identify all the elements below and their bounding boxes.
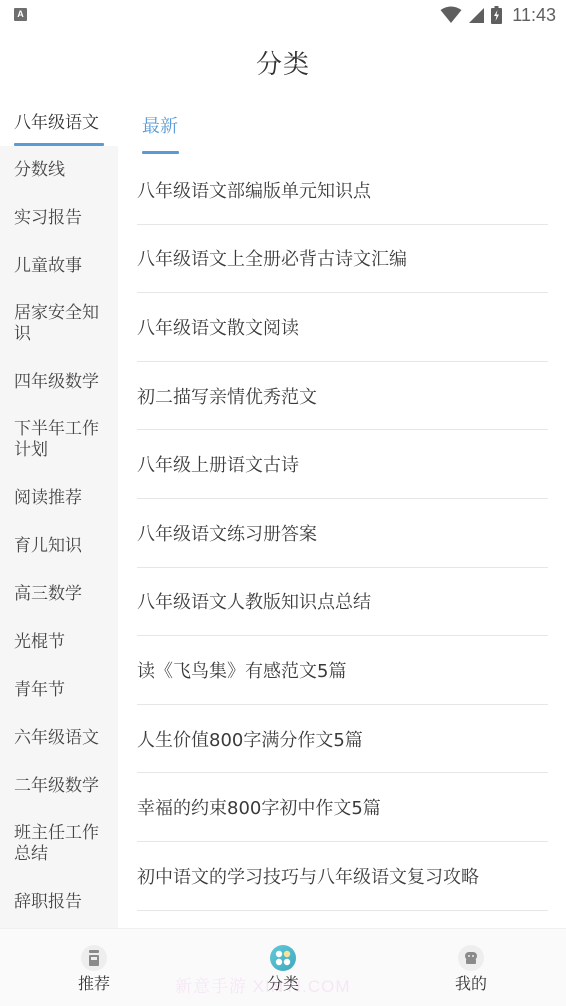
battery-charging-icon xyxy=(491,6,502,24)
sidebar-item-grade4-math[interactable]: 四年级数学 xyxy=(0,358,118,406)
sidebar-item-children-stories[interactable]: 儿童故事 xyxy=(0,242,118,290)
notification-a-icon: A xyxy=(14,8,27,21)
article-list[interactable]: 八年级语文部编版单元知识点 八年级语文上全册必背古诗文汇编 八年级语文散文阅读 … xyxy=(137,156,548,911)
sidebar-item-label: 实习报告 xyxy=(14,208,82,229)
article-item[interactable]: 八年级语文练习册答案 xyxy=(137,499,548,568)
sidebar-item-singles-day[interactable]: 光棍节 xyxy=(0,618,118,666)
page-title: 分类 xyxy=(0,30,566,100)
signal-icon xyxy=(468,7,485,24)
article-item[interactable]: 八年级语文部编版单元知识点 xyxy=(137,156,548,225)
sidebar-item-label: 阅读推荐 xyxy=(14,488,82,509)
sidebar-item-label: 高三数学 xyxy=(14,584,82,605)
sidebar-item-label: 二年级数学 xyxy=(14,776,99,797)
nav-category[interactable]: 分类 xyxy=(243,945,323,995)
sidebar-item-home-safety[interactable]: 居家安全知识 xyxy=(0,290,118,358)
sidebar-item-grade6-chinese[interactable]: 六年级语文 xyxy=(0,714,118,762)
article-item[interactable]: 初二描写亲情优秀范文 xyxy=(137,362,548,431)
sidebar-item-label: 青年节 xyxy=(14,680,65,701)
tab-bar: 最新 xyxy=(118,100,566,156)
nav-label: 我的 xyxy=(431,973,511,995)
nav-label: 推荐 xyxy=(54,973,134,995)
sidebar-item-label: 八年级语文 xyxy=(14,113,99,134)
sidebar-item-label: 班主任工作总结 xyxy=(14,823,104,865)
article-item[interactable]: 人生价值800字满分作文5篇 xyxy=(137,705,548,774)
article-item[interactable]: 八年级语文散文阅读 xyxy=(137,293,548,362)
sidebar-item-grade8-chinese[interactable]: 八年级语文 xyxy=(0,100,118,146)
sidebar-item-senior3-math[interactable]: 高三数学 xyxy=(0,570,118,618)
status-icons: 11:43 xyxy=(440,3,556,27)
article-item[interactable]: 初中语文的学习技巧与八年级语文复习攻略 xyxy=(137,842,548,911)
sidebar-item-label: 六年级语文 xyxy=(14,728,99,749)
article-item[interactable]: 八年级语文人教版知识点总结 xyxy=(137,568,548,637)
sidebar-item-label: 分数线 xyxy=(14,160,65,181)
grid-icon xyxy=(270,945,296,971)
page-header: 分类 xyxy=(0,30,566,100)
nav-label: 分类 xyxy=(243,973,323,995)
sidebar-item-score-line[interactable]: 分数线 xyxy=(0,146,118,194)
tab-latest[interactable]: 最新 xyxy=(142,112,178,138)
sidebar-item-parenting[interactable]: 育儿知识 xyxy=(0,522,118,570)
sidebar-item-label: 儿童故事 xyxy=(14,256,82,277)
sidebar-item-label: 育儿知识 xyxy=(14,536,82,557)
wifi-icon xyxy=(440,6,462,24)
sidebar-item-internship-report[interactable]: 实习报告 xyxy=(0,194,118,242)
sidebar-item-label: 光棍节 xyxy=(14,632,65,653)
sidebar-item-youth-day[interactable]: 青年节 xyxy=(0,666,118,714)
robot-icon xyxy=(458,945,484,971)
status-time: 11:43 xyxy=(512,5,556,26)
sidebar-item-head-teacher-summary[interactable]: 班主任工作总结 xyxy=(0,810,118,878)
sidebar-item-grade2-math[interactable]: 二年级数学 xyxy=(0,762,118,810)
sidebar-item-h2-work-plan[interactable]: 下半年工作计划 xyxy=(0,406,118,474)
status-bar: A 11:43 xyxy=(0,0,566,30)
sidebar-item-label: 居家安全知识 xyxy=(14,303,104,345)
nav-mine[interactable]: 我的 xyxy=(431,945,511,995)
article-item[interactable]: 八年级语文上全册必背古诗文汇编 xyxy=(137,225,548,294)
sidebar-item-label: 下半年工作计划 xyxy=(14,419,104,461)
article-item[interactable]: 读《飞鸟集》有感范文5篇 xyxy=(137,636,548,705)
sidebar-item-reading-recommend[interactable]: 阅读推荐 xyxy=(0,474,118,522)
article-item[interactable]: 八年级上册语文古诗 xyxy=(137,430,548,499)
article-item[interactable]: 幸福的约束800字初中作文5篇 xyxy=(137,773,548,842)
book-icon xyxy=(81,945,107,971)
sidebar-item-label: 辞职报告 xyxy=(14,892,82,913)
nav-recommend[interactable]: 推荐 xyxy=(54,945,134,995)
bottom-nav: 推荐 分类 我的 xyxy=(0,928,566,1006)
tab-active-indicator xyxy=(142,151,179,154)
article-content: 最新 八年级语文部编版单元知识点 八年级语文上全册必背古诗文汇编 八年级语文散文… xyxy=(118,100,566,928)
sidebar-item-label: 四年级数学 xyxy=(14,372,99,393)
category-sidebar[interactable]: 八年级语文 分数线 实习报告 儿童故事 居家安全知识 四年级数学 下半年工作计划… xyxy=(0,100,118,928)
sidebar-item-resignation-report[interactable]: 辞职报告 xyxy=(0,878,118,926)
